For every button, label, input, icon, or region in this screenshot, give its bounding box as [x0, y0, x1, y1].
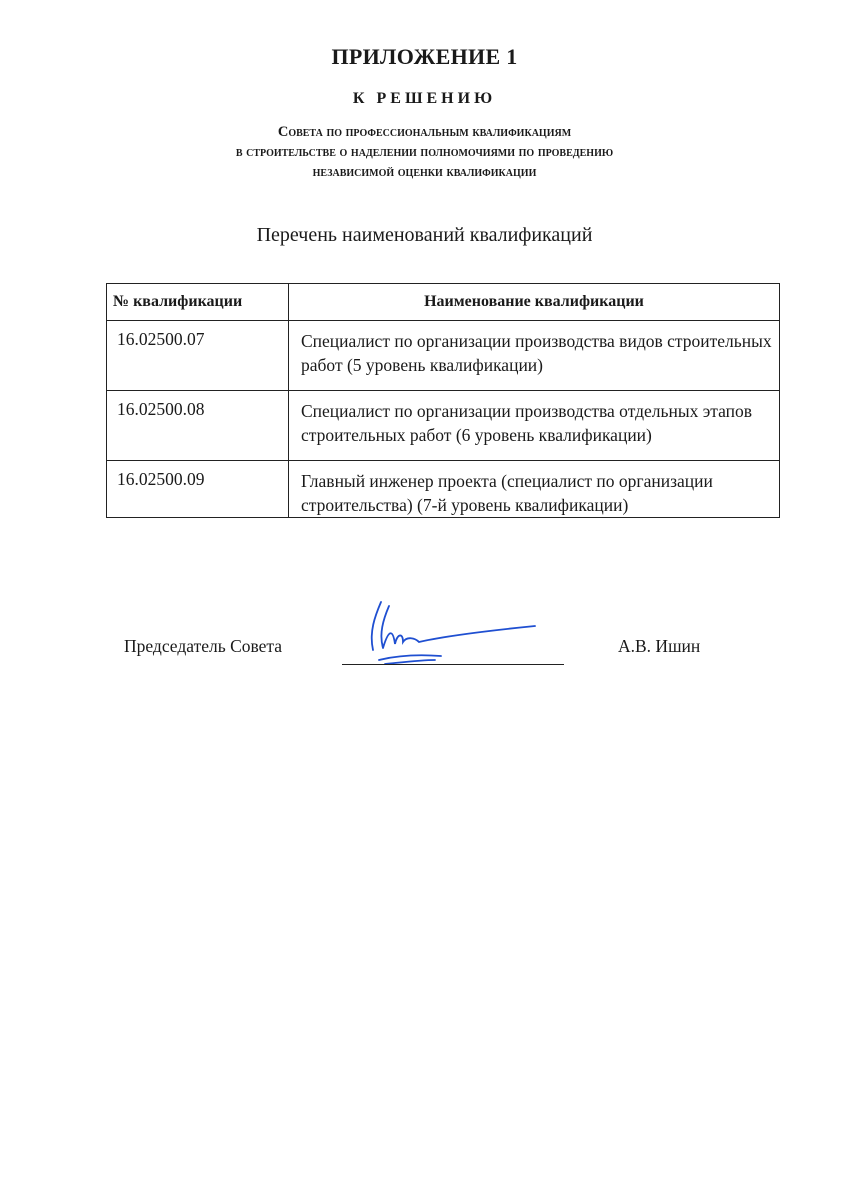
qualification-name: Специалист по организации производства в… — [289, 321, 780, 391]
column-header-name: Наименование квалификации — [289, 284, 780, 321]
qualification-name: Главный инженер проекта (специалист по о… — [289, 461, 780, 518]
council-line: в строительстве о наделении полномочиями… — [0, 142, 849, 162]
qualification-code: 16.02500.09 — [107, 461, 289, 518]
table-row: 16.02500.08 Специалист по организации пр… — [107, 391, 780, 461]
list-subtitle: Перечень наименований квалификаций — [0, 224, 849, 247]
qualification-code: 16.02500.07 — [107, 321, 289, 391]
table-header-row: № квалификации Наименование квалификации — [107, 284, 780, 321]
table-row: 16.02500.09 Главный инженер проекта (спе… — [107, 461, 780, 518]
qualifications-table: № квалификации Наименование квалификации… — [106, 283, 780, 518]
qualification-name: Специалист по организации производства о… — [289, 391, 780, 461]
column-header-number: № квалификации — [107, 284, 289, 321]
signature-line — [342, 664, 564, 665]
council-heading: Совета по профессиональным квалификациям… — [0, 122, 849, 182]
handwritten-signature — [355, 598, 545, 670]
table-row: 16.02500.07 Специалист по организации пр… — [107, 321, 780, 391]
council-line: независимой оценки квалификации — [0, 162, 849, 182]
qualification-code: 16.02500.08 — [107, 391, 289, 461]
signer-position: Председатель Совета — [124, 636, 282, 657]
decision-heading: К РЕШЕНИЮ — [0, 90, 849, 108]
council-line: Совета по профессиональным квалификациям — [0, 122, 849, 142]
appendix-title: ПРИЛОЖЕНИЕ 1 — [0, 44, 849, 70]
signer-name: А.В. Ишин — [618, 636, 700, 657]
